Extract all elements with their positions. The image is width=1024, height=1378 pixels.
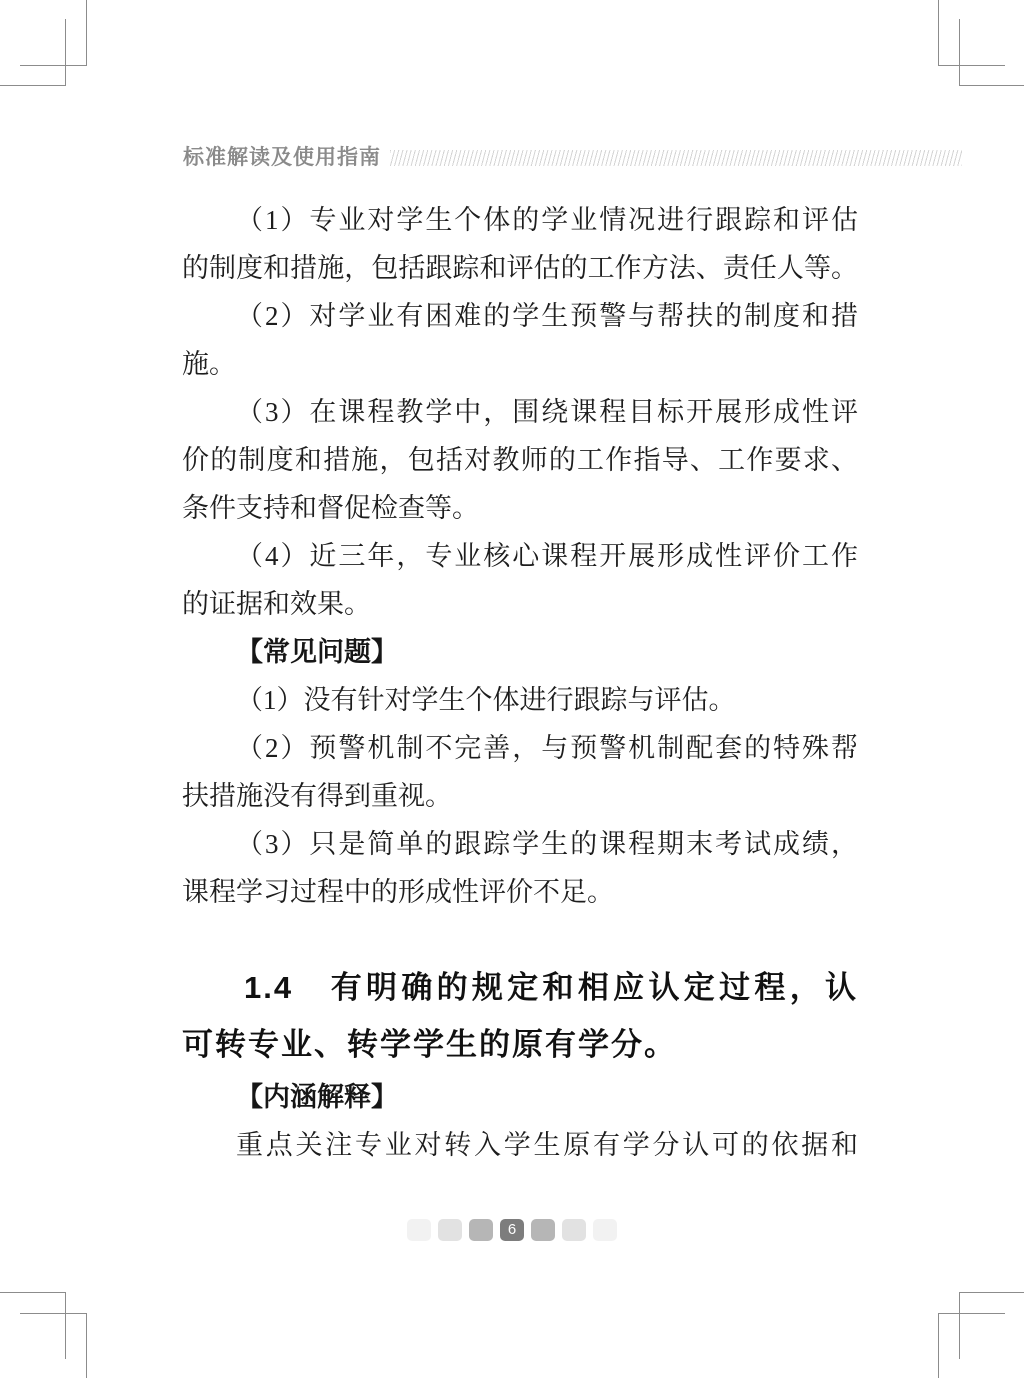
paragraph-line: 条件支持和督促检查等。	[182, 484, 858, 532]
book-page: 标准解读及使用指南 （1）专业对学生个体的学业情况进行跟踪和评估 的制度和措施，…	[0, 0, 1024, 1378]
crop-mark-top-left-inner	[0, 19, 66, 86]
paragraph-line: 施。	[182, 340, 858, 388]
paragraph-line: 价的制度和措施，包括对教师的工作指导、工作要求、	[182, 436, 858, 484]
common-problems-subhead: 【常见问题】	[182, 628, 858, 676]
crop-mark-top-right-inner	[959, 19, 1024, 86]
page-body-text: （1）专业对学生个体的学业情况进行跟踪和评估 的制度和措施，包括跟踪和评估的工作…	[182, 196, 858, 1169]
problem-line: 扶措施没有得到重视。	[182, 772, 858, 820]
section-1-4-heading: 1.4 有明确的规定和相应认定过程，认 可转专业、转学学生的原有学分。	[182, 959, 858, 1073]
crop-mark-bottom-left-inner	[0, 1292, 66, 1359]
page-number-pager: 6	[407, 1219, 617, 1241]
pager-square	[531, 1219, 555, 1241]
section-heading-line: 1.4 有明确的规定和相应认定过程，认	[182, 959, 858, 1016]
paragraph-line: 的证据和效果。	[182, 580, 858, 628]
running-header: 标准解读及使用指南	[183, 144, 962, 172]
pager-square	[593, 1219, 617, 1241]
problem-line: 课程学习过程中的形成性评价不足。	[182, 868, 858, 916]
paragraph-line: （3）在课程教学中，围绕课程目标开展形成性评	[182, 388, 858, 436]
paragraph-line: （2）对学业有困难的学生预警与帮扶的制度和措	[182, 292, 858, 340]
problem-line: （2）预警机制不完善，与预警机制配套的特殊帮	[182, 724, 858, 772]
hatch-stripes-rule	[390, 150, 962, 166]
pager-square	[407, 1219, 431, 1241]
problem-line: （1）没有针对学生个体进行跟踪与评估。	[182, 676, 858, 724]
section-heading-line: 可转专业、转学学生的原有学分。	[182, 1016, 858, 1073]
pager-square	[562, 1219, 586, 1241]
paragraph-line: （4）近三年，专业核心课程开展形成性评价工作	[182, 532, 858, 580]
pager-square	[438, 1219, 462, 1241]
page-number-badge: 6	[500, 1219, 524, 1241]
crop-mark-bottom-right-inner	[959, 1292, 1024, 1359]
paragraph-line: 的制度和措施，包括跟踪和评估的工作方法、责任人等。	[182, 244, 858, 292]
pager-square	[469, 1219, 493, 1241]
problem-line: （3）只是简单的跟踪学生的课程期末考试成绩，	[182, 820, 858, 868]
paragraph-line: （1）专业对学生个体的学业情况进行跟踪和评估	[182, 196, 858, 244]
connotation-line: 重点关注专业对转入学生原有学分认可的依据和	[182, 1121, 858, 1169]
running-header-title: 标准解读及使用指南	[183, 144, 381, 172]
connotation-subhead: 【内涵解释】	[182, 1073, 858, 1121]
